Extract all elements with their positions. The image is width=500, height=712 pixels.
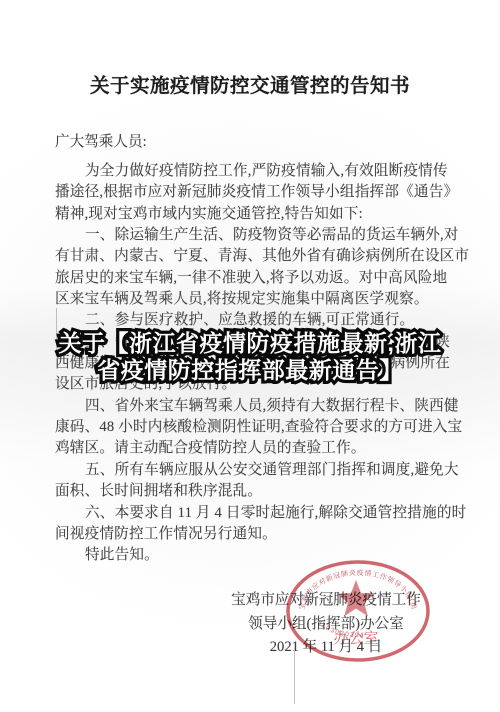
- overlay-fill-layer: 省疫情防控指挥部最新通告】: [97, 357, 403, 383]
- body-line: 区来宝车辆及驾乘人员,将按规定实施集中隔离医学观察。: [55, 289, 450, 310]
- body-line: 旅居史的来宝车辆,一律不准驶入,将予以劝返。对中高风险地: [55, 268, 450, 289]
- signature-date: 2021 年 11 月 4 日: [228, 636, 424, 660]
- body-line: 有甘肃、内蒙古、宁夏、青海、其他外省有确诊病例所在设区市: [55, 246, 450, 267]
- document-photo: 关于实施疫情防控交通管控的告知书 广大驾乘人员: 为全力做好疫情防控工作,严防疫…: [0, 0, 500, 712]
- overlay-headline-line1: 关于【浙江省疫情防疫措施最新,浙江 关于【浙江省疫情防疫措施最新,浙江: [0, 330, 500, 357]
- body-line: 为全力做好疫情防控工作,严防疫情输入,有效阻断疫情传: [55, 161, 450, 182]
- body-line: 一、除运输生产生活、防疫物资等必需品的货运车辆外,对: [55, 225, 450, 246]
- body-line: 精神,现对宝鸡市域内实施交通管控,特告知如下:: [55, 204, 450, 225]
- notice-title: 关于实施疫情防控交通管控的告知书: [0, 70, 500, 98]
- body-line: 面积、长时间拥堵和秩序混乱。: [55, 481, 450, 502]
- body-line: 康码、48 小时内核酸检测阴性证明,查验符合要求的方可进入宝: [55, 417, 450, 438]
- closing-line: 特此告知。: [55, 545, 450, 566]
- salutation: 广大驾乘人员:: [55, 130, 147, 151]
- body-line: 六、本要求自 11 月 4 日零时起施行,解除交通管控措施的时: [55, 503, 450, 524]
- body-line: 间视疫情防控工作情况另行通知。: [55, 524, 450, 545]
- signature-org-line2: 领导小组(指挥部)办公室: [228, 613, 424, 637]
- body-line: 四、省外来宝车辆驾乘人员,须持有大数据行程卡、陕西健: [55, 396, 450, 417]
- signature-block: 宝鸡市应对新冠肺炎疫情工作 领导小组(指挥部)办公室 2021 年 11 月 4…: [228, 589, 424, 660]
- overlay-headline: 关于【浙江省疫情防疫措施最新,浙江 关于【浙江省疫情防疫措施最新,浙江 省疫情防…: [0, 330, 500, 384]
- body-line: 五、所有车辆应服从公安交通管理部门指挥和调度,避免大: [55, 460, 450, 481]
- body-line: 播途径,根据市应对新冠肺炎疫情工作领导小组指挥部《通告》: [55, 182, 450, 203]
- paper-fold-line: [294, 648, 295, 704]
- body-line: 二、参与医疗救护、应急救援的车辆,可正常通行。: [55, 310, 450, 331]
- body-line: 鸡辖区。请主动配合疫情防控人员的查验工作。: [55, 438, 450, 459]
- overlay-fill-layer: 关于【浙江省疫情防疫措施最新,浙江: [59, 330, 442, 356]
- signature-org-line1: 宝鸡市应对新冠肺炎疫情工作: [228, 589, 424, 613]
- overlay-headline-line2: 省疫情防控指挥部最新通告】 省疫情防控指挥部最新通告】: [0, 357, 500, 384]
